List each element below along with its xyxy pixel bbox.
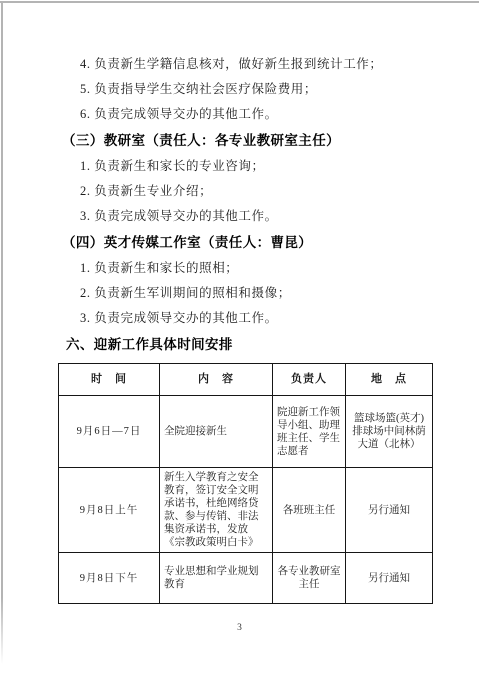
list-item: 1. 负责新生和家长的照相；	[80, 261, 432, 276]
header-cell-owner: 负责人	[273, 364, 346, 396]
cell-time: 9月8日上午	[59, 468, 160, 553]
page-top-edge	[0, 1, 479, 3]
cell-time: 9月6日—7日	[59, 396, 160, 468]
list-item: 2. 负责新生专业介绍；	[80, 184, 432, 199]
table-row: 9月8日上午 新生入学教育之安全教育，签订安全文明承诺书，杜绝网络贷款、参与传销…	[59, 468, 433, 553]
cell-location: 另行通知	[346, 553, 433, 604]
list-item: 1. 负责新生和家长的专业咨询；	[80, 159, 432, 174]
cell-location: 篮球场篮(英才) 排球场中间林荫 大道（北林）	[346, 396, 433, 468]
schedule-table: 时 间 内 容 负责人 地 点 9月6日—7日 全院迎接新生 院迎新工作领导小组…	[58, 363, 433, 604]
list-item: 3. 负责完成领导交办的其他工作。	[80, 209, 432, 224]
cell-location: 另行通知	[346, 468, 433, 553]
document-page: 4. 负责新生学籍信息核对，做好新生报到统计工作； 5. 负责指导学生交纳社会医…	[0, 0, 479, 674]
page-number: 3	[0, 623, 479, 633]
header-cell-time: 时 间	[59, 364, 160, 396]
page-content: 4. 负责新生学籍信息核对，做好新生报到统计工作； 5. 负责指导学生交纳社会医…	[58, 57, 432, 604]
section-heading-dept4: （四）英才传媒工作室（责任人：曹昆）	[62, 234, 432, 251]
list-item: 4. 负责新生学籍信息核对，做好新生报到统计工作；	[80, 57, 432, 72]
cell-content: 全院迎接新生	[160, 396, 273, 468]
cell-time: 9月8日下午	[59, 553, 160, 604]
header-cell-location: 地 点	[346, 364, 433, 396]
cell-owner: 院迎新工作领导小组、助理班主任、学生志愿者	[273, 396, 346, 468]
cell-owner: 各班班主任	[273, 468, 346, 553]
table-row: 9月6日—7日 全院迎接新生 院迎新工作领导小组、助理班主任、学生志愿者 篮球场…	[59, 396, 433, 468]
list-item: 3. 负责完成领导交办的其他工作。	[80, 311, 432, 326]
header-cell-content: 内 容	[160, 364, 273, 396]
list-item: 5. 负责指导学生交纳社会医疗保险费用；	[80, 82, 432, 97]
table-header-row: 时 间 内 容 负责人 地 点	[59, 364, 433, 396]
section-heading-schedule: 六、迎新工作具体时间安排	[66, 336, 432, 353]
list-item: 2. 负责新生军训期间的照相和摄像；	[80, 286, 432, 301]
list-item: 6. 负责完成领导交办的其他工作。	[80, 107, 432, 122]
section-heading-dept3: （三）教研室（责任人：各专业教研室主任）	[62, 132, 432, 149]
cell-content: 专业思想和学业规划教育	[160, 553, 273, 604]
page-left-edge	[1, 2, 3, 664]
table-row: 9月8日下午 专业思想和学业规划教育 各专业教研室主任 另行通知	[59, 553, 433, 604]
cell-content: 新生入学教育之安全教育，签订安全文明承诺书，杜绝网络贷款、参与传销、非法集资承诺…	[160, 468, 273, 553]
cell-owner: 各专业教研室主任	[273, 553, 346, 604]
